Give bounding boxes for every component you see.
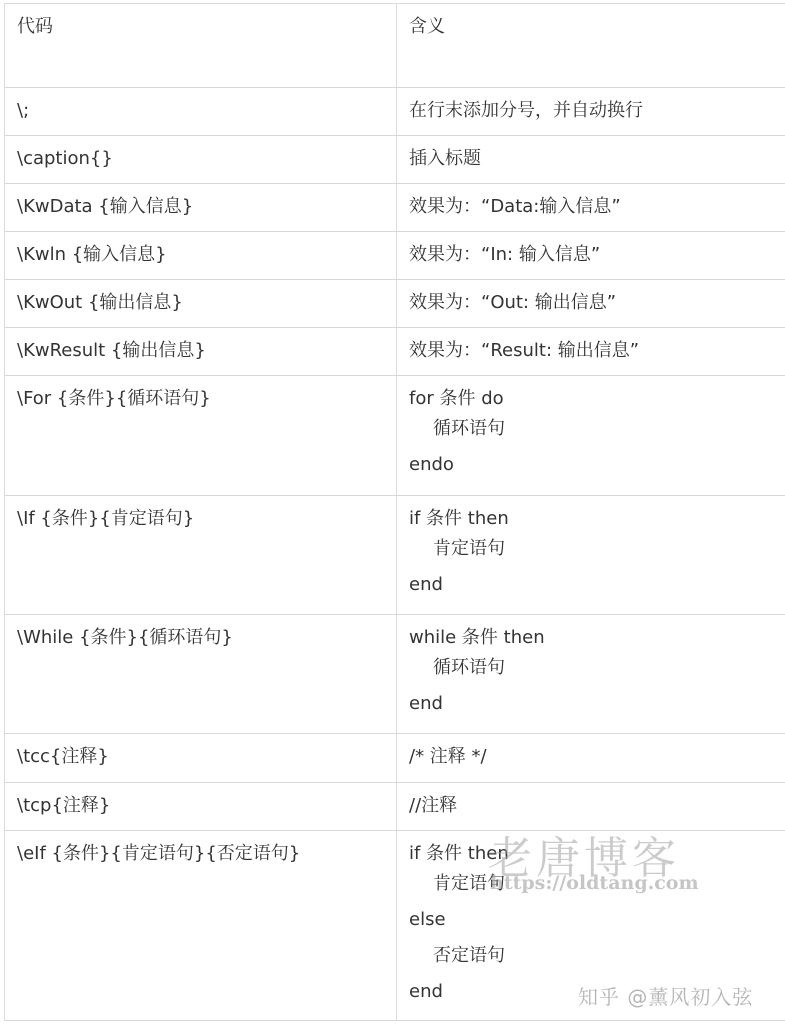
code-cell: \While {条件}{循环语句} (5, 615, 397, 733)
table-row: \caption{} 插入标题 (5, 136, 785, 184)
table-row: \KwResult {输出信息} 效果为：“Result: 输出信息” (5, 328, 785, 376)
meaning-cell: 效果为：“Result: 输出信息” (397, 328, 785, 375)
code-cell: \If {条件}{肯定语句} (5, 496, 397, 614)
code-cell: \KwData {输入信息} (5, 184, 397, 231)
meaning-text: 循环语句 (409, 650, 785, 686)
code-text: \; (17, 99, 384, 123)
meaning-text: end (409, 567, 785, 603)
header-code: 代码 (5, 4, 397, 87)
meaning-text: endo (409, 447, 785, 483)
latex-command-table: 代码 含义 \; 在行末添加分号，并自动换行 \caption{} 插入标题 \… (4, 3, 785, 1021)
meaning-cell: if 条件 then 肯定语句 else 否定语句 end (397, 831, 785, 1020)
table-row: \KwOut {输出信息} 效果为：“Out: 输出信息” (5, 280, 785, 328)
table-row: \tcc{注释} /* 注释 */ (5, 734, 785, 783)
meaning-cell: if 条件 then 肯定语句 end (397, 496, 785, 614)
meaning-text: end (409, 686, 785, 722)
table-row: \tcp{注释} //注释 (5, 783, 785, 831)
code-text: \tcc{注释} (17, 745, 384, 769)
meaning-cell: while 条件 then 循环语句 end (397, 615, 785, 733)
code-cell: \tcc{注释} (5, 734, 397, 782)
meaning-text: 肯定语句 (409, 531, 785, 567)
meaning-cell: //注释 (397, 783, 785, 830)
code-cell: \Kwln {输入信息} (5, 232, 397, 279)
code-text: \eIf {条件}{肯定语句}{否定语句} (17, 842, 384, 866)
meaning-text: 肯定语句 (409, 866, 785, 902)
meaning-text: 效果为：“Data:输入信息” (409, 195, 785, 219)
meaning-text: 插入标题 (409, 147, 785, 171)
meaning-text: 在行末添加分号，并自动换行 (409, 99, 785, 123)
header-meaning: 含义 (397, 4, 785, 87)
meaning-text: else (409, 902, 785, 938)
code-text: \If {条件}{肯定语句} (17, 507, 384, 531)
meaning-cell: 效果为：“In: 输入信息” (397, 232, 785, 279)
meaning-text: for 条件 do (409, 387, 785, 411)
code-cell: \; (5, 88, 397, 135)
meaning-cell: 在行末添加分号，并自动换行 (397, 88, 785, 135)
code-cell: \KwOut {输出信息} (5, 280, 397, 327)
table-row: \Kwln {输入信息} 效果为：“In: 输入信息” (5, 232, 785, 280)
code-cell: \KwResult {输出信息} (5, 328, 397, 375)
meaning-text: //注释 (409, 794, 785, 818)
table-row: \; 在行末添加分号，并自动换行 (5, 88, 785, 136)
code-text: \tcp{注释} (17, 794, 384, 818)
code-cell: \caption{} (5, 136, 397, 183)
code-text: \KwResult {输出信息} (17, 339, 384, 363)
code-text: \Kwln {输入信息} (17, 243, 384, 267)
meaning-cell: 效果为：“Out: 输出信息” (397, 280, 785, 327)
code-text: \KwData {输入信息} (17, 195, 384, 219)
meaning-cell: 插入标题 (397, 136, 785, 183)
meaning-text: if 条件 then (409, 507, 785, 531)
meaning-cell: 效果为：“Data:输入信息” (397, 184, 785, 231)
meaning-text: /* 注释 */ (409, 745, 785, 769)
meaning-text: end (409, 974, 785, 1010)
code-text: \caption{} (17, 147, 384, 171)
table-header-row: 代码 含义 (5, 4, 785, 88)
table-row: \If {条件}{肯定语句} if 条件 then 肯定语句 end (5, 496, 785, 615)
meaning-text: 效果为：“Out: 输出信息” (409, 291, 785, 315)
code-cell: \eIf {条件}{肯定语句}{否定语句} (5, 831, 397, 1020)
code-cell: \tcp{注释} (5, 783, 397, 830)
meaning-text: 循环语句 (409, 411, 785, 447)
table-row: \KwData {输入信息} 效果为：“Data:输入信息” (5, 184, 785, 232)
meaning-text: 效果为：“In: 输入信息” (409, 243, 785, 267)
table-row: \While {条件}{循环语句} while 条件 then 循环语句 end (5, 615, 785, 734)
table-row: \eIf {条件}{肯定语句}{否定语句} if 条件 then 肯定语句 el… (5, 831, 785, 1021)
code-cell: \For {条件}{循环语句} (5, 376, 397, 495)
code-text: \KwOut {输出信息} (17, 291, 384, 315)
header-meaning-label: 含义 (409, 15, 785, 39)
meaning-text: 效果为：“Result: 输出信息” (409, 339, 785, 363)
meaning-text: 否定语句 (409, 938, 785, 974)
code-text: \While {条件}{循环语句} (17, 626, 384, 650)
meaning-cell: for 条件 do 循环语句 endo (397, 376, 785, 495)
table-row: \For {条件}{循环语句} for 条件 do 循环语句 endo (5, 376, 785, 496)
code-text: \For {条件}{循环语句} (17, 387, 384, 411)
header-code-label: 代码 (17, 15, 384, 39)
meaning-text: while 条件 then (409, 626, 785, 650)
meaning-cell: /* 注释 */ (397, 734, 785, 782)
meaning-text: if 条件 then (409, 842, 785, 866)
